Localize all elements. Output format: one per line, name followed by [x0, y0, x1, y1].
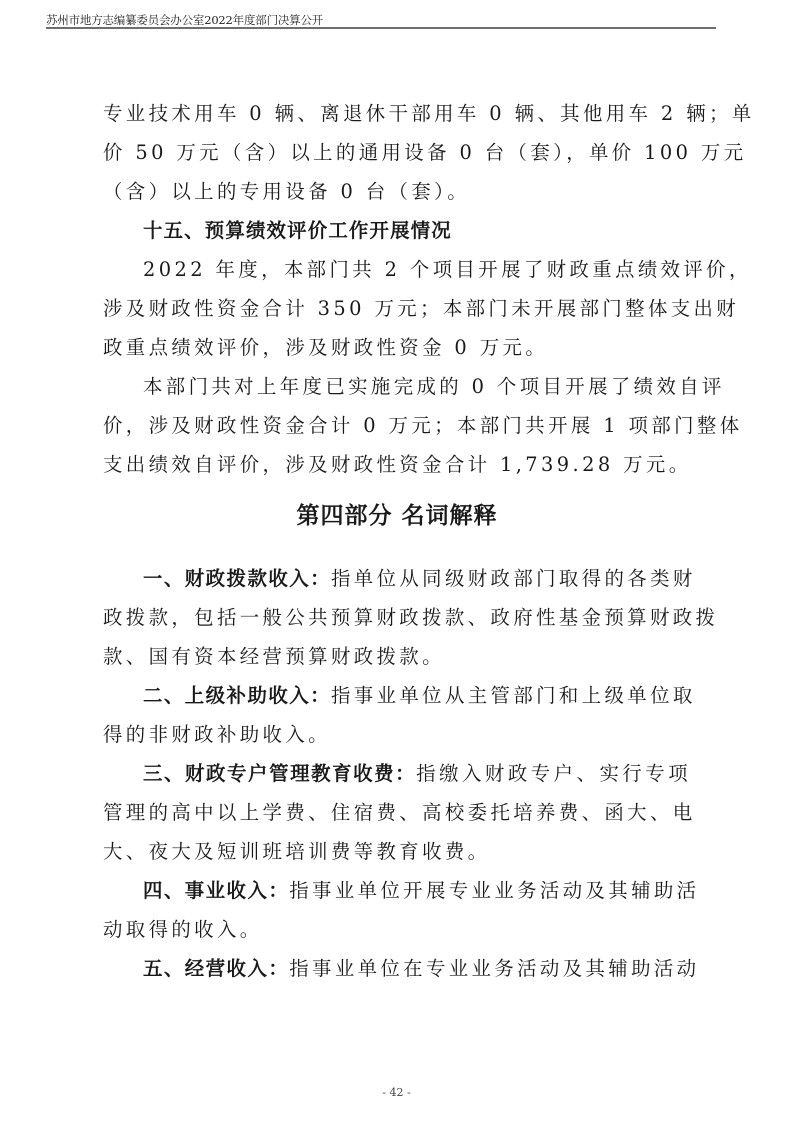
term-definition-line: 五、经营收入：指事业单位在专业业务活动及其辅助活动	[103, 949, 691, 988]
term-text: 指事业单位从主管部门和上级单位取	[331, 684, 696, 707]
header-divider	[46, 27, 716, 29]
body-line: 政拨款，包括一般公共预算财政拨款、政府性基金预算财政拨	[103, 598, 691, 637]
term-label: 一、财政拨款收入：	[143, 567, 331, 590]
term-text: 指事业单位开展专业业务活动及其辅助活	[289, 879, 699, 902]
body-line: 大、夜大及短训班培训费等教育收费。	[103, 832, 691, 871]
body-line: 动取得的收入。	[103, 910, 691, 949]
page-number: - 42 -	[0, 1086, 793, 1099]
body-line: 政重点绩效评价，涉及财政性资金 0 万元。	[103, 328, 691, 367]
section-heading: 十五、预算绩效评价工作开展情况	[103, 211, 691, 250]
term-text: 指缴入财政专户、实行专项	[416, 762, 691, 785]
body-line: 价，涉及财政性资金合计 0 万元；本部门共开展 1 项部门整体	[103, 406, 691, 445]
term-definition-line: 三、财政专户管理教育收费：指缴入财政专户、实行专项	[103, 754, 691, 793]
term-definition-line: 二、上级补助收入：指事业单位从主管部门和上级单位取	[103, 676, 691, 715]
document-body: 专业技术用车 0 辆、离退休干部用车 0 辆、其他用车 2 辆；单 价 50 万…	[103, 94, 691, 988]
body-line: 得的非财政补助收入。	[103, 715, 691, 754]
term-label: 五、经营收入：	[143, 957, 289, 980]
term-label: 二、上级补助收入：	[143, 684, 331, 707]
body-line: 专业技术用车 0 辆、离退休干部用车 0 辆、其他用车 2 辆；单	[103, 94, 691, 133]
body-line: （含）以上的专用设备 0 台（套）。	[103, 172, 691, 211]
term-definition-line: 一、财政拨款收入：指单位从同级财政部门取得的各类财	[103, 559, 691, 598]
body-line: 本部门共对上年度已实施完成的 0 个项目开展了绩效自评	[103, 367, 691, 406]
body-line: 价 50 万元（含）以上的通用设备 0 台（套），单价 100 万元	[103, 133, 691, 172]
body-line: 涉及财政性资金合计 350 万元；本部门未开展部门整体支出财	[103, 289, 691, 328]
body-line: 管理的高中以上学费、住宿费、高校委托培养费、函大、电	[103, 793, 691, 832]
term-text: 指单位从同级财政部门取得的各类财	[331, 567, 696, 590]
term-text: 指事业单位在专业业务活动及其辅助活动	[289, 957, 699, 980]
term-definition-line: 四、事业收入：指事业单位开展专业业务活动及其辅助活	[103, 871, 691, 910]
body-line: 支出绩效自评价，涉及财政性资金合计 1,739.28 万元。	[103, 445, 691, 484]
body-line: 款、国有资本经营预算财政拨款。	[103, 637, 691, 676]
part-heading: 第四部分 名词解释	[103, 487, 691, 545]
body-line: 2022 年度，本部门共 2 个项目开展了财政重点绩效评价，	[103, 250, 691, 289]
running-header: 苏州市地方志编纂委员会办公室2022年度部门决算公开	[46, 12, 477, 28]
term-label: 三、财政专户管理教育收费：	[143, 762, 416, 785]
term-label: 四、事业收入：	[143, 879, 289, 902]
